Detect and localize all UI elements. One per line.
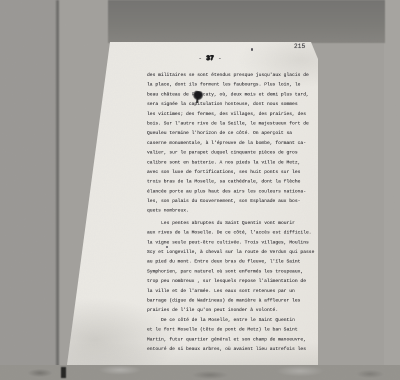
text-line: la ville et de l'armée. Les eaux sont re… [147, 286, 318, 296]
text-line: la vigne seule peut-être cultivée. Trois… [147, 237, 318, 247]
album-fold-line [56, 0, 59, 380]
text-line: calibre sont en batterie. A nos pieds la… [147, 157, 318, 167]
paper-speck [166, 246, 168, 248]
text-line: Queuleu termine l'horizon de ce côté. On… [147, 128, 318, 138]
text-line: valier, sur le parapet duquel cinquante … [147, 148, 318, 158]
ink-blot [192, 90, 203, 100]
paragraph: De ce côté de la Moselle, entre le Saint… [147, 315, 318, 354]
text-line: quets nombreux. [147, 206, 318, 216]
folio-dash-right: - [218, 55, 222, 62]
folio-header: - 37 - [193, 55, 227, 62]
text-line: Scy et Longeville, à cheval sur la route… [147, 247, 318, 257]
text-line: sera signée la capitulation honteuse, do… [147, 99, 318, 109]
text-line: De ce côté de la Moselle, entre le Saint… [147, 315, 318, 325]
text-line: prairies de l'île qu'on peut inonder à v… [147, 305, 318, 315]
text-block: des militaires se sont étendus presque j… [147, 70, 318, 365]
text-line: entouré de si beaux arbres, où avaient l… [147, 344, 318, 354]
text-block-inner: des militaires se sont étendus presque j… [147, 70, 318, 354]
text-line: Les pentes abruptes du Saint Quentin von… [147, 218, 318, 228]
text-line: et le fort Moselle (tête de pont de Metz… [147, 325, 318, 335]
paper-speck [251, 48, 253, 51]
text-line: bois. Sur l'autre rive de la Seille, le … [147, 118, 318, 128]
text-line: Symphorien, parc naturel où sont enfermé… [147, 266, 318, 276]
text-line: trop peu nombreux , sur lesquels repose … [147, 276, 318, 286]
text-line: Martin, futur quartier général et son ch… [147, 334, 318, 344]
text-line: des militaires se sont étendus presque j… [147, 70, 318, 80]
folio-dash-left: - [198, 55, 202, 62]
text-line: les victimes; des fermes, des villages, … [147, 109, 318, 119]
text-line: caserne monumentale, à l'épreuve de la b… [147, 138, 318, 148]
text-line: les, son palais du Gouvernement, son Esp… [147, 196, 318, 206]
text-line: la place, dont ils forment les faubourgs… [147, 80, 318, 90]
page-number: 215 [294, 43, 305, 50]
folio-number: 37 [206, 55, 214, 62]
paragraph: Les pentes abruptes du Saint Quentin von… [147, 218, 318, 315]
text-line: trois bras de la Moselle, sa cathédrale,… [147, 177, 318, 187]
text-line: élancée porte au plus haut des airs les … [147, 186, 318, 196]
text-line: beau château de Frescaty, où, deux mois … [147, 89, 318, 99]
album-texture-band [0, 365, 400, 380]
typewritten-page: 215 - 37 - des militaires se sont étendu… [0, 0, 400, 380]
text-line: barrage (digue de Wadrineau) de manière … [147, 295, 318, 305]
text-line: aux rives de la Moselle. De ce côté, l'a… [147, 228, 318, 238]
backing-sheet [108, 0, 385, 43]
paragraph: des militaires se sont étendus presque j… [147, 70, 318, 215]
text-line: avec son luxe de fortifications, ses hui… [147, 167, 318, 177]
registration-mark [61, 367, 66, 378]
document-photo: 215 - 37 - des militaires se sont étendu… [0, 0, 400, 380]
text-line: au pied du mont. Entre deux bras du fleu… [147, 257, 318, 267]
